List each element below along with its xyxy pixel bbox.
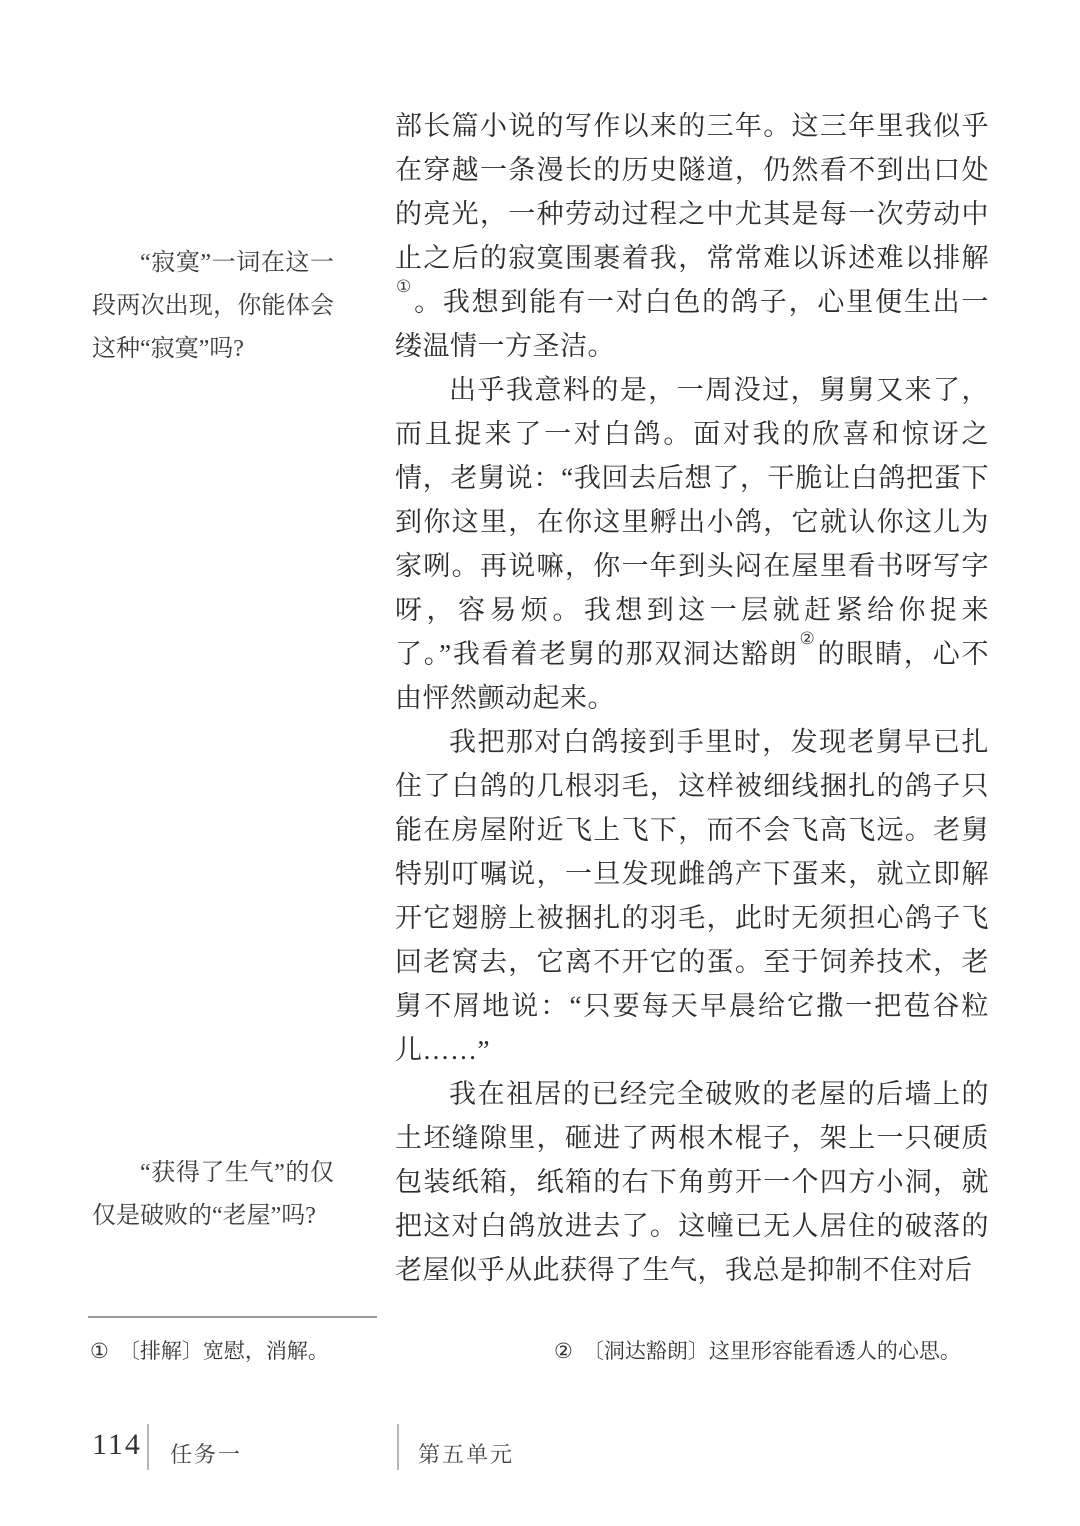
footnote-separator-line [88, 1316, 377, 1318]
footnote-2-text: 〔洞达豁朗〕这里形容能看透人的心思。 [583, 1339, 961, 1363]
margin-note-loneliness: “寂寞”一词在这一段两次出现，你能体会这种“寂寞”吗? [92, 242, 334, 371]
paragraph: 出乎我意料的是，一周没过，舅舅又来了，而且捉来了一对白鸽。面对我的欣喜和惊讶之情… [395, 368, 989, 720]
footnote-ref: ② [799, 629, 816, 648]
footer-task-label: 任务一 [170, 1438, 242, 1469]
footnote-ref: ① [396, 277, 413, 296]
main-text-column: 部长篇小说的写作以来的三年。这三年里我似乎在穿越一条漫长的历史隧道，仍然看不到出… [395, 104, 989, 1292]
footer-unit-label: 第五单元 [418, 1438, 514, 1469]
footnote-1: ①〔排解〕宽慰，消解。 [90, 1337, 329, 1365]
page-number: 114 [92, 1428, 142, 1462]
footnote-2: ②〔洞达豁朗〕这里形容能看透人的心思。 [554, 1337, 961, 1365]
footnote-1-marker: ① [90, 1339, 109, 1363]
footnote-1-text: 〔排解〕宽慰，消解。 [119, 1339, 329, 1363]
textbook-page: “寂寞”一词在这一段两次出现，你能体会这种“寂寞”吗? “获得了生气”的仅仅是破… [0, 0, 1080, 1526]
paragraph: 部长篇小说的写作以来的三年。这三年里我似乎在穿越一条漫长的历史隧道，仍然看不到出… [395, 104, 989, 368]
footer-divider-1 [147, 1424, 149, 1470]
paragraph: 我在祖居的已经完全破败的老屋的后墙上的土坯缝隙里，砸进了两根木棍子，架上一只硬质… [395, 1072, 989, 1292]
body-paragraphs: 部长篇小说的写作以来的三年。这三年里我似乎在穿越一条漫长的历史隧道，仍然看不到出… [395, 104, 989, 1292]
footnote-2-marker: ② [554, 1339, 573, 1363]
footer-divider-2 [397, 1424, 399, 1470]
margin-note-vitality: “获得了生气”的仅仅是破败的“老屋”吗? [92, 1152, 334, 1238]
paragraph: 我把那对白鸽接到手里时，发现老舅早已扎住了白鸽的几根羽毛，这样被细线捆扎的鸽子只… [395, 720, 989, 1072]
